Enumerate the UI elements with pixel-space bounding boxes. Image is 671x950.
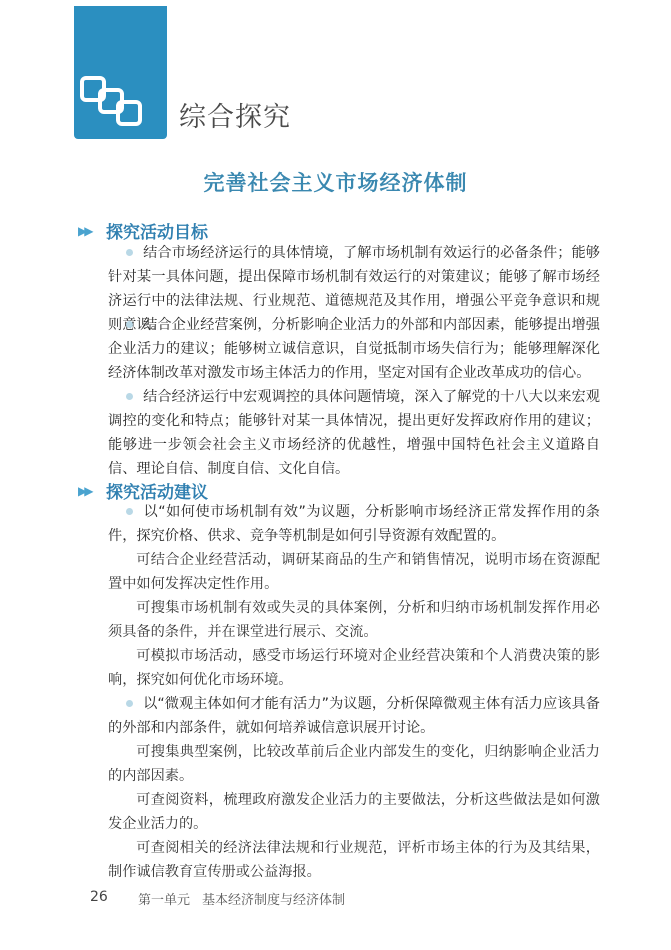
suggestion-sub-paragraph: 可结合企业经营活动，调研某商品的生产和销售情况，说明市场在资源配置中如何发挥决定… xyxy=(108,548,600,596)
goal-paragraph: 结合企业经营案例，分析影响企业活力的外部和内部因素，能够提出增强企业活力的建议；… xyxy=(108,313,600,385)
suggestion-sub-paragraph: 可查阅资料，梳理政府激发企业活力的主要做法，分析这些做法是如何激发企业活力的。 xyxy=(108,788,600,836)
goal-paragraph: 结合经济运行中宏观调控的具体问题情境，深入了解党的十八大以来宏观调控的变化和特点… xyxy=(108,385,600,481)
unit-label: 第一单元 xyxy=(138,889,190,908)
section-label: 综合探究 xyxy=(179,95,291,134)
bullet-dot-icon xyxy=(126,393,133,400)
double-arrow-icon: ▶▶ xyxy=(78,224,106,238)
bullet-dot-icon xyxy=(126,249,133,256)
section-heading-text: 探究活动目标 xyxy=(106,218,208,243)
page-title: 完善社会主义市场经济体制 xyxy=(0,167,671,197)
suggestion-sub-paragraph: 可搜集市场机制有效或失灵的具体案例，分析和归纳市场机制发挥作用必须具备的条件，并… xyxy=(108,596,600,644)
unit-title: 基本经济制度与经济体制 xyxy=(202,889,345,908)
section-heading-goals: ▶▶ 探究活动目标 xyxy=(78,218,208,243)
bullet-dot-icon xyxy=(126,321,133,328)
page-footer: 26 第一单元 基本经济制度与经济体制 xyxy=(90,889,345,908)
page-number: 26 xyxy=(90,889,138,908)
suggestion-paragraph: 以“微观主体如何才能有活力”为议题，分析保障微观主体有活力应该具备的外部和内部条… xyxy=(108,692,600,740)
suggestion-sub-paragraph: 可查阅相关的经济法律法规和行业规范，评析市场主体的行为及其结果，制作诚信教育宣传… xyxy=(108,836,600,884)
suggestion-sub-paragraph: 可搜集典型案例，比较改革前后企业内部发生的变化，归纳影响企业活力的内部因素。 xyxy=(108,740,600,788)
bullet-dot-icon xyxy=(126,508,133,515)
suggestion-paragraph: 以“如何使市场机制有效”为议题，分析影响市场经济正常发挥作用的条件，探究价格、供… xyxy=(108,500,600,548)
linked-squares-icon xyxy=(80,76,148,130)
suggestion-sub-paragraph: 可模拟市场活动，感受市场运行环境对企业经营决策和个人消费决策的影响，探究如何优化… xyxy=(108,644,600,692)
double-arrow-icon: ▶▶ xyxy=(78,484,106,498)
bullet-dot-icon xyxy=(126,700,133,707)
